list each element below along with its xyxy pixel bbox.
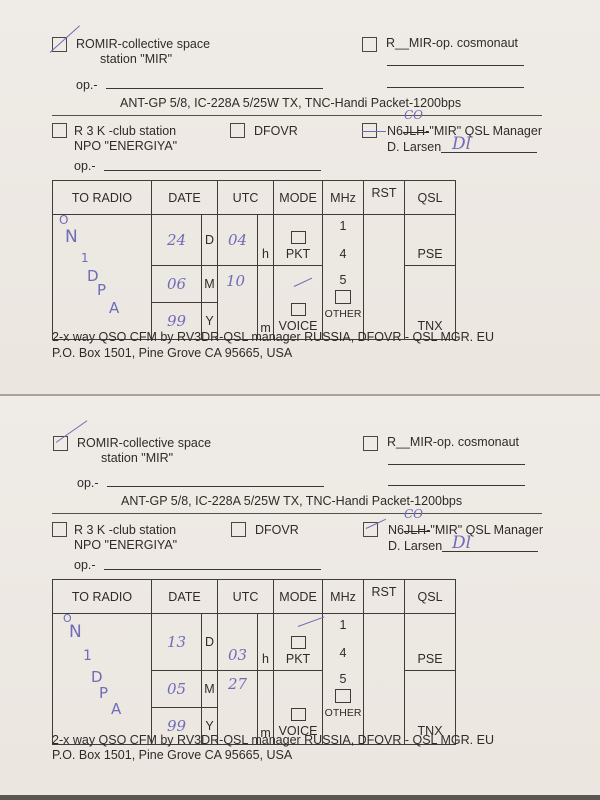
cosmonaut-label: R__MIR-op. cosmonaut	[387, 435, 519, 450]
cosmonaut-line-2	[388, 485, 525, 486]
pkt-checkbox[interactable]	[291, 636, 306, 649]
club-label-line2: NPO "ENERGIYA"	[74, 538, 177, 553]
manager-suffix: -"MIR" QSL Manager	[425, 124, 542, 138]
to-radio-cell[interactable]: O N 1 D P A	[53, 215, 152, 340]
mhz-1: 1	[323, 618, 363, 632]
cosmonaut-label: R__MIR-op. cosmonaut	[386, 36, 518, 51]
h-label: h	[258, 614, 274, 671]
hand-char: 1	[81, 251, 89, 265]
hand-char: P	[99, 684, 108, 702]
hand-char: N	[65, 227, 78, 247]
other-label: OTHER	[323, 707, 363, 719]
hand-char: 1	[83, 648, 92, 664]
club-checkbox[interactable]	[52, 123, 67, 138]
mode-pkt-cell[interactable]: PKT	[274, 614, 323, 671]
rst-cell[interactable]	[364, 215, 405, 340]
utc-hours[interactable]: 03	[218, 614, 258, 671]
date-month[interactable]: 05	[152, 671, 202, 708]
other-checkbox[interactable]	[335, 689, 351, 703]
op-field[interactable]	[107, 486, 324, 487]
manager-name: D. Larsen	[387, 140, 441, 155]
date-day[interactable]: 24	[152, 215, 202, 266]
signature: Dl	[452, 134, 471, 154]
table-header-row: TO RADIO DATE UTC MODE MHz RST QSL	[53, 181, 456, 215]
divider	[52, 115, 542, 116]
header-utc: UTC	[218, 580, 274, 614]
manager-prefix: N6	[388, 523, 404, 537]
date-month[interactable]: 06	[152, 266, 202, 303]
pkt-label: PKT	[286, 652, 310, 666]
voice-checkbox[interactable]	[291, 708, 306, 721]
footer-line-2: P.O. Box 1501, Pine Grove CA 95665, USA	[52, 748, 292, 763]
mhz-5: 5	[323, 672, 363, 686]
qso-log-table: TO RADIO DATE UTC MODE MHz RST QSL O N 1…	[52, 579, 456, 745]
divider	[52, 513, 542, 514]
op-label: op.-	[76, 78, 98, 93]
date-day[interactable]: 13	[152, 614, 202, 671]
footer-line-1: 2-x way QSO CFM by RV3DR-QSL manager RUS…	[52, 330, 494, 345]
utc-minutes[interactable]: 10	[218, 266, 258, 340]
romir-label-line1: ROMIR-collective space	[76, 37, 210, 52]
header-mhz: MHz	[323, 580, 364, 614]
manager-struck-callsign: JLH	[404, 523, 426, 537]
strikethrough	[403, 132, 429, 133]
cosmonaut-line-2	[387, 87, 524, 88]
pkt-checkbox[interactable]	[291, 231, 306, 244]
manager-prefix: N6	[387, 124, 403, 138]
other-checkbox[interactable]	[335, 290, 351, 304]
mhz-cell: 1 4 5 OTHER	[323, 215, 364, 340]
qsl-tnx[interactable]: TNX	[405, 266, 456, 340]
checkmark-icon	[298, 616, 325, 627]
cosmonaut-line-1	[388, 464, 525, 465]
op2-field[interactable]	[104, 170, 321, 171]
manager-struck-callsign: JLH	[403, 124, 425, 138]
to-radio-cell[interactable]: O N 1 D P A	[53, 614, 152, 745]
scan-edge	[0, 795, 600, 800]
hand-char: A	[109, 299, 119, 317]
rst-cell[interactable]	[364, 614, 405, 745]
mhz-cell: 1 4 5 OTHER	[323, 614, 364, 745]
checkmark-icon	[362, 131, 386, 132]
table-header-row: TO RADIO DATE UTC MODE MHz RST QSL	[53, 580, 456, 614]
hand-char: A	[111, 700, 121, 718]
header-date: DATE	[152, 181, 218, 215]
utc-hours[interactable]: 04	[218, 215, 258, 266]
h-label: h	[258, 215, 274, 266]
header-date: DATE	[152, 580, 218, 614]
mhz-4: 4	[323, 646, 363, 660]
header-to-radio: TO RADIO	[53, 580, 152, 614]
footer-line-1: 2-x way QSO CFM by RV3DR-QSL manager RUS…	[52, 733, 494, 748]
day-label: D	[202, 215, 218, 266]
strikethrough	[404, 531, 430, 532]
footer-line-2: P.O. Box 1501, Pine Grove CA 95665, USA	[52, 346, 292, 361]
dfovr-label: DFOVR	[255, 523, 299, 538]
mode-voice-cell[interactable]: VOICE	[274, 266, 323, 340]
struck-text: JLH	[403, 124, 425, 138]
cosmonaut-checkbox[interactable]	[362, 37, 377, 52]
qsl-card-2: ROMIR-collective space station "MIR" R__…	[0, 396, 600, 794]
other-label: OTHER	[323, 308, 363, 320]
manager-name: D. Larsen	[388, 539, 442, 554]
handwritten-correction: CO	[404, 108, 423, 122]
op-label: op.-	[77, 476, 99, 491]
club-label-line1: R 3 K -club station	[74, 124, 176, 139]
hand-char: O	[59, 213, 68, 227]
qsl-card-1: ROMIR-collective space station "MIR" R__…	[0, 0, 600, 395]
club-checkbox[interactable]	[52, 522, 67, 537]
dfovr-label: DFOVR	[254, 124, 298, 139]
table-row: O N 1 D P A 24 D 04 h PKT 1 4 5 OTHER	[53, 215, 456, 266]
table-row: O N 1 D P A 13 D 03 h PKT 1 4 5 OTHER	[53, 614, 456, 671]
dfovr-checkbox[interactable]	[230, 123, 245, 138]
op-field[interactable]	[106, 88, 323, 89]
header-mhz: MHz	[323, 181, 364, 215]
month-label: M	[202, 671, 218, 708]
manager-suffix: -"MIR" QSL Manager	[426, 523, 543, 537]
romir-label-line2: station "MIR"	[100, 52, 172, 67]
dfovr-checkbox[interactable]	[231, 522, 246, 537]
hand-char: P	[97, 281, 106, 299]
romir-label-line2: station "MIR"	[101, 451, 173, 466]
romir-label-line1: ROMIR-collective space	[77, 436, 211, 451]
signature: Dl	[452, 533, 471, 553]
qso-log-table: TO RADIO DATE UTC MODE MHz RST QSL O N 1…	[52, 180, 456, 340]
qsl-pse[interactable]: PSE	[405, 215, 456, 266]
header-mode: MODE	[274, 580, 323, 614]
club-label-line2: NPO "ENERGIYA"	[74, 139, 177, 154]
mhz-1: 1	[323, 219, 363, 233]
qsl-pse[interactable]: PSE	[405, 614, 456, 671]
mode-pkt-cell[interactable]: PKT	[274, 215, 323, 266]
day-label: D	[202, 614, 218, 671]
op2-label: op.-	[74, 159, 96, 174]
voice-checkbox[interactable]	[291, 303, 306, 316]
header-qsl: QSL	[405, 580, 456, 614]
header-rst: RST	[364, 580, 405, 614]
handwritten-correction: CO	[404, 507, 423, 521]
m-label: m	[258, 266, 274, 340]
header-mode: MODE	[274, 181, 323, 215]
month-label: M	[202, 266, 218, 303]
checkmark-icon	[294, 278, 313, 288]
mhz-5: 5	[323, 273, 363, 287]
header-rst: RST	[364, 181, 405, 215]
cosmonaut-checkbox[interactable]	[363, 436, 378, 451]
header-qsl: QSL	[405, 181, 456, 215]
hand-char: N	[69, 622, 82, 642]
cosmonaut-line-1	[387, 65, 524, 66]
header-utc: UTC	[218, 181, 274, 215]
struck-text: JLH	[404, 523, 426, 537]
op2-field[interactable]	[104, 569, 321, 570]
header-to-radio: TO RADIO	[53, 181, 152, 215]
op2-label: op.-	[74, 558, 96, 573]
mhz-4: 4	[323, 247, 363, 261]
club-label-line1: R 3 K -club station	[74, 523, 176, 538]
pkt-label: PKT	[286, 247, 310, 261]
